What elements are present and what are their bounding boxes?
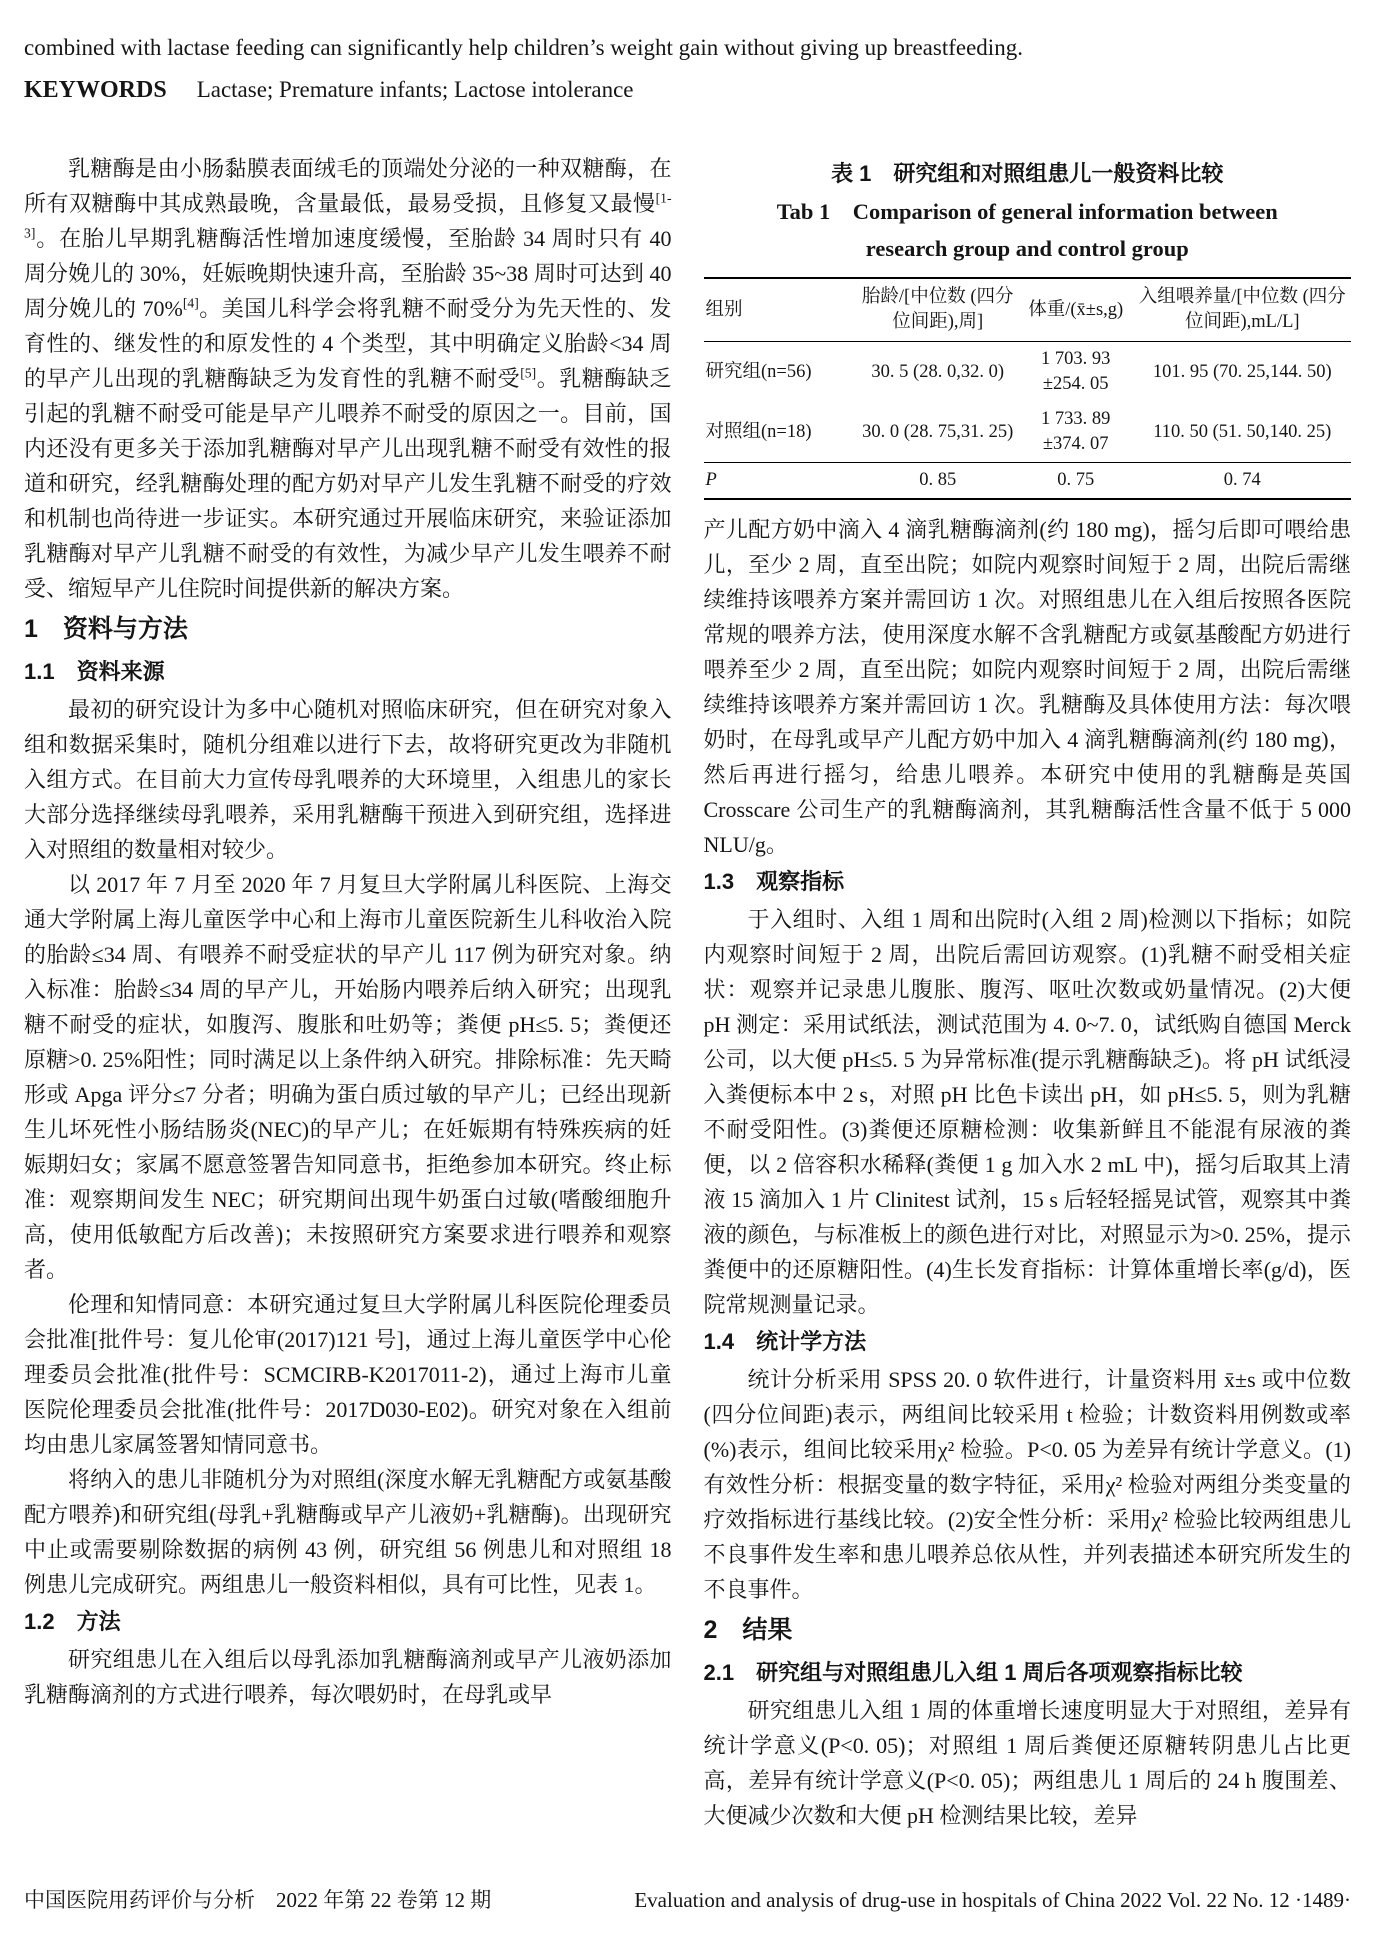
table-header-feeding-volume: 入组喂养量/[中位数 (四分位间距),mL/L] [1134, 278, 1351, 342]
table-header-gestational-age: 胎龄/[中位数 (四分位间距),周] [858, 278, 1018, 342]
page: combined with lactase feeding can signif… [0, 0, 1375, 1833]
table-title-zh: 表 1 研究组和对照组患儿一般资料比较 [704, 155, 1352, 193]
section-heading-1: 1 资料与方法 [24, 606, 672, 652]
table-cell: 0. 74 [1134, 463, 1351, 500]
table-cell: 研究组(n=56) [704, 342, 858, 403]
paragraph-method-continued: 产儿配方奶中滴入 4 滴乳糖酶滴剂(约 180 mg)，摇匀后即可喂给患儿，至少… [704, 512, 1352, 862]
paragraph-ethics: 伦理和知情同意：本研究通过复旦大学附属儿科医院伦理委员会批准[批件号：复儿伦审(… [24, 1287, 672, 1462]
keywords-line: KEYWORDSLactase; Premature infants; Lact… [24, 73, 1351, 107]
two-column-body: 乳糖酶是由小肠黏膜表面绒毛的顶端处分泌的一种双糖酶，在所有双糖酶中其成熟最晚，含… [24, 151, 1351, 1833]
left-column: 乳糖酶是由小肠黏膜表面绒毛的顶端处分泌的一种双糖酶，在所有双糖酶中其成熟最晚，含… [24, 151, 672, 1833]
abstract-continuation: combined with lactase feeding can signif… [24, 30, 1351, 65]
table-cell: P [704, 463, 858, 500]
paragraph-method-start: 研究组患儿在入组后以母乳添加乳糖酶滴剂或早产儿液奶添加乳糖酶滴剂的方式进行喂养，… [24, 1642, 672, 1712]
table-cell: 对照组(n=18) [704, 402, 858, 463]
keywords-label: KEYWORDS [24, 77, 167, 103]
right-column: 表 1 研究组和对照组患儿一般资料比较 Tab 1 Comparison of … [704, 151, 1352, 1833]
table-row-research-group: 研究组(n=56) 30. 5 (28. 0,32. 0) 1 703. 93 … [704, 342, 1352, 403]
keywords-text: Lactase; Premature infants; Lactose into… [197, 77, 634, 102]
subsection-heading-1-3: 1.3 观察指标 [704, 862, 1352, 902]
table-1: 组别 胎龄/[中位数 (四分位间距),周] 体重/(x̄±s,g) 入组喂养量/… [704, 277, 1352, 500]
subsection-heading-1-4: 1.4 统计学方法 [704, 1322, 1352, 1362]
subsection-heading-2-1: 2.1 研究组与对照组患儿入组 1 周后各项观察指标比较 [704, 1653, 1352, 1693]
table-cell: 1 733. 89 ±374. 07 [1018, 402, 1134, 463]
footer-journal-en: Evaluation and analysis of drug-use in h… [634, 1886, 1351, 1914]
subsection-heading-1-1: 1.1 资料来源 [24, 652, 672, 692]
table-cell: 101. 95 (70. 25,144. 50) [1134, 342, 1351, 403]
table-row-control-group: 对照组(n=18) 30. 0 (28. 75,31. 25) 1 733. 8… [704, 402, 1352, 463]
table-cell: 30. 0 (28. 75,31. 25) [858, 402, 1018, 463]
subsection-heading-1-2: 1.2 方法 [24, 1602, 672, 1642]
paragraph-data-source-2: 以 2017 年 7 月至 2020 年 7 月复旦大学附属儿科医院、上海交通大… [24, 867, 672, 1287]
paragraph-grouping: 将纳入的患儿非随机分为对照组(深度水解无乳糖配方或氨基酸配方喂养)和研究组(母乳… [24, 1462, 672, 1602]
paragraph-observation-indicators: 于入组时、入组 1 周和出院时(入组 2 周)检测以下指标；如院内观察时间短于 … [704, 902, 1352, 1322]
table-title-en: Tab 1 Comparison of general information … [736, 193, 1319, 267]
table-row-p-value: P 0. 85 0. 75 0. 74 [704, 463, 1352, 500]
table-cell: 1 703. 93 ±254. 05 [1018, 342, 1134, 403]
table-header-group: 组别 [704, 278, 858, 342]
table-header-row: 组别 胎龄/[中位数 (四分位间距),周] 体重/(x̄±s,g) 入组喂养量/… [704, 278, 1352, 342]
table-cell: 0. 75 [1018, 463, 1134, 500]
table-cell: 30. 5 (28. 0,32. 0) [858, 342, 1018, 403]
table-header-weight: 体重/(x̄±s,g) [1018, 278, 1134, 342]
footer-journal-zh: 中国医院用药评价与分析 2022 年第 22 卷第 12 期 [24, 1886, 491, 1914]
table-1-block: 表 1 研究组和对照组患儿一般资料比较 Tab 1 Comparison of … [704, 155, 1352, 500]
paragraph-results-start: 研究组患儿入组 1 周的体重增长速度明显大于对照组，差异有统计学意义(P<0. … [704, 1693, 1352, 1833]
paragraph-data-source-1: 最初的研究设计为多中心随机对照临床研究，但在研究对象入组和数据采集时，随机分组难… [24, 692, 672, 867]
table-cell: 110. 50 (51. 50,140. 25) [1134, 402, 1351, 463]
paragraph-statistics: 统计分析采用 SPSS 20. 0 软件进行，计量资料用 x̄±s 或中位数(四… [704, 1362, 1352, 1607]
page-footer: 中国医院用药评价与分析 2022 年第 22 卷第 12 期 Evaluatio… [24, 1886, 1351, 1914]
section-heading-2: 2 结果 [704, 1607, 1352, 1653]
intro-paragraph: 乳糖酶是由小肠黏膜表面绒毛的顶端处分泌的一种双糖酶，在所有双糖酶中其成熟最晚，含… [24, 151, 672, 606]
table-cell: 0. 85 [858, 463, 1018, 500]
